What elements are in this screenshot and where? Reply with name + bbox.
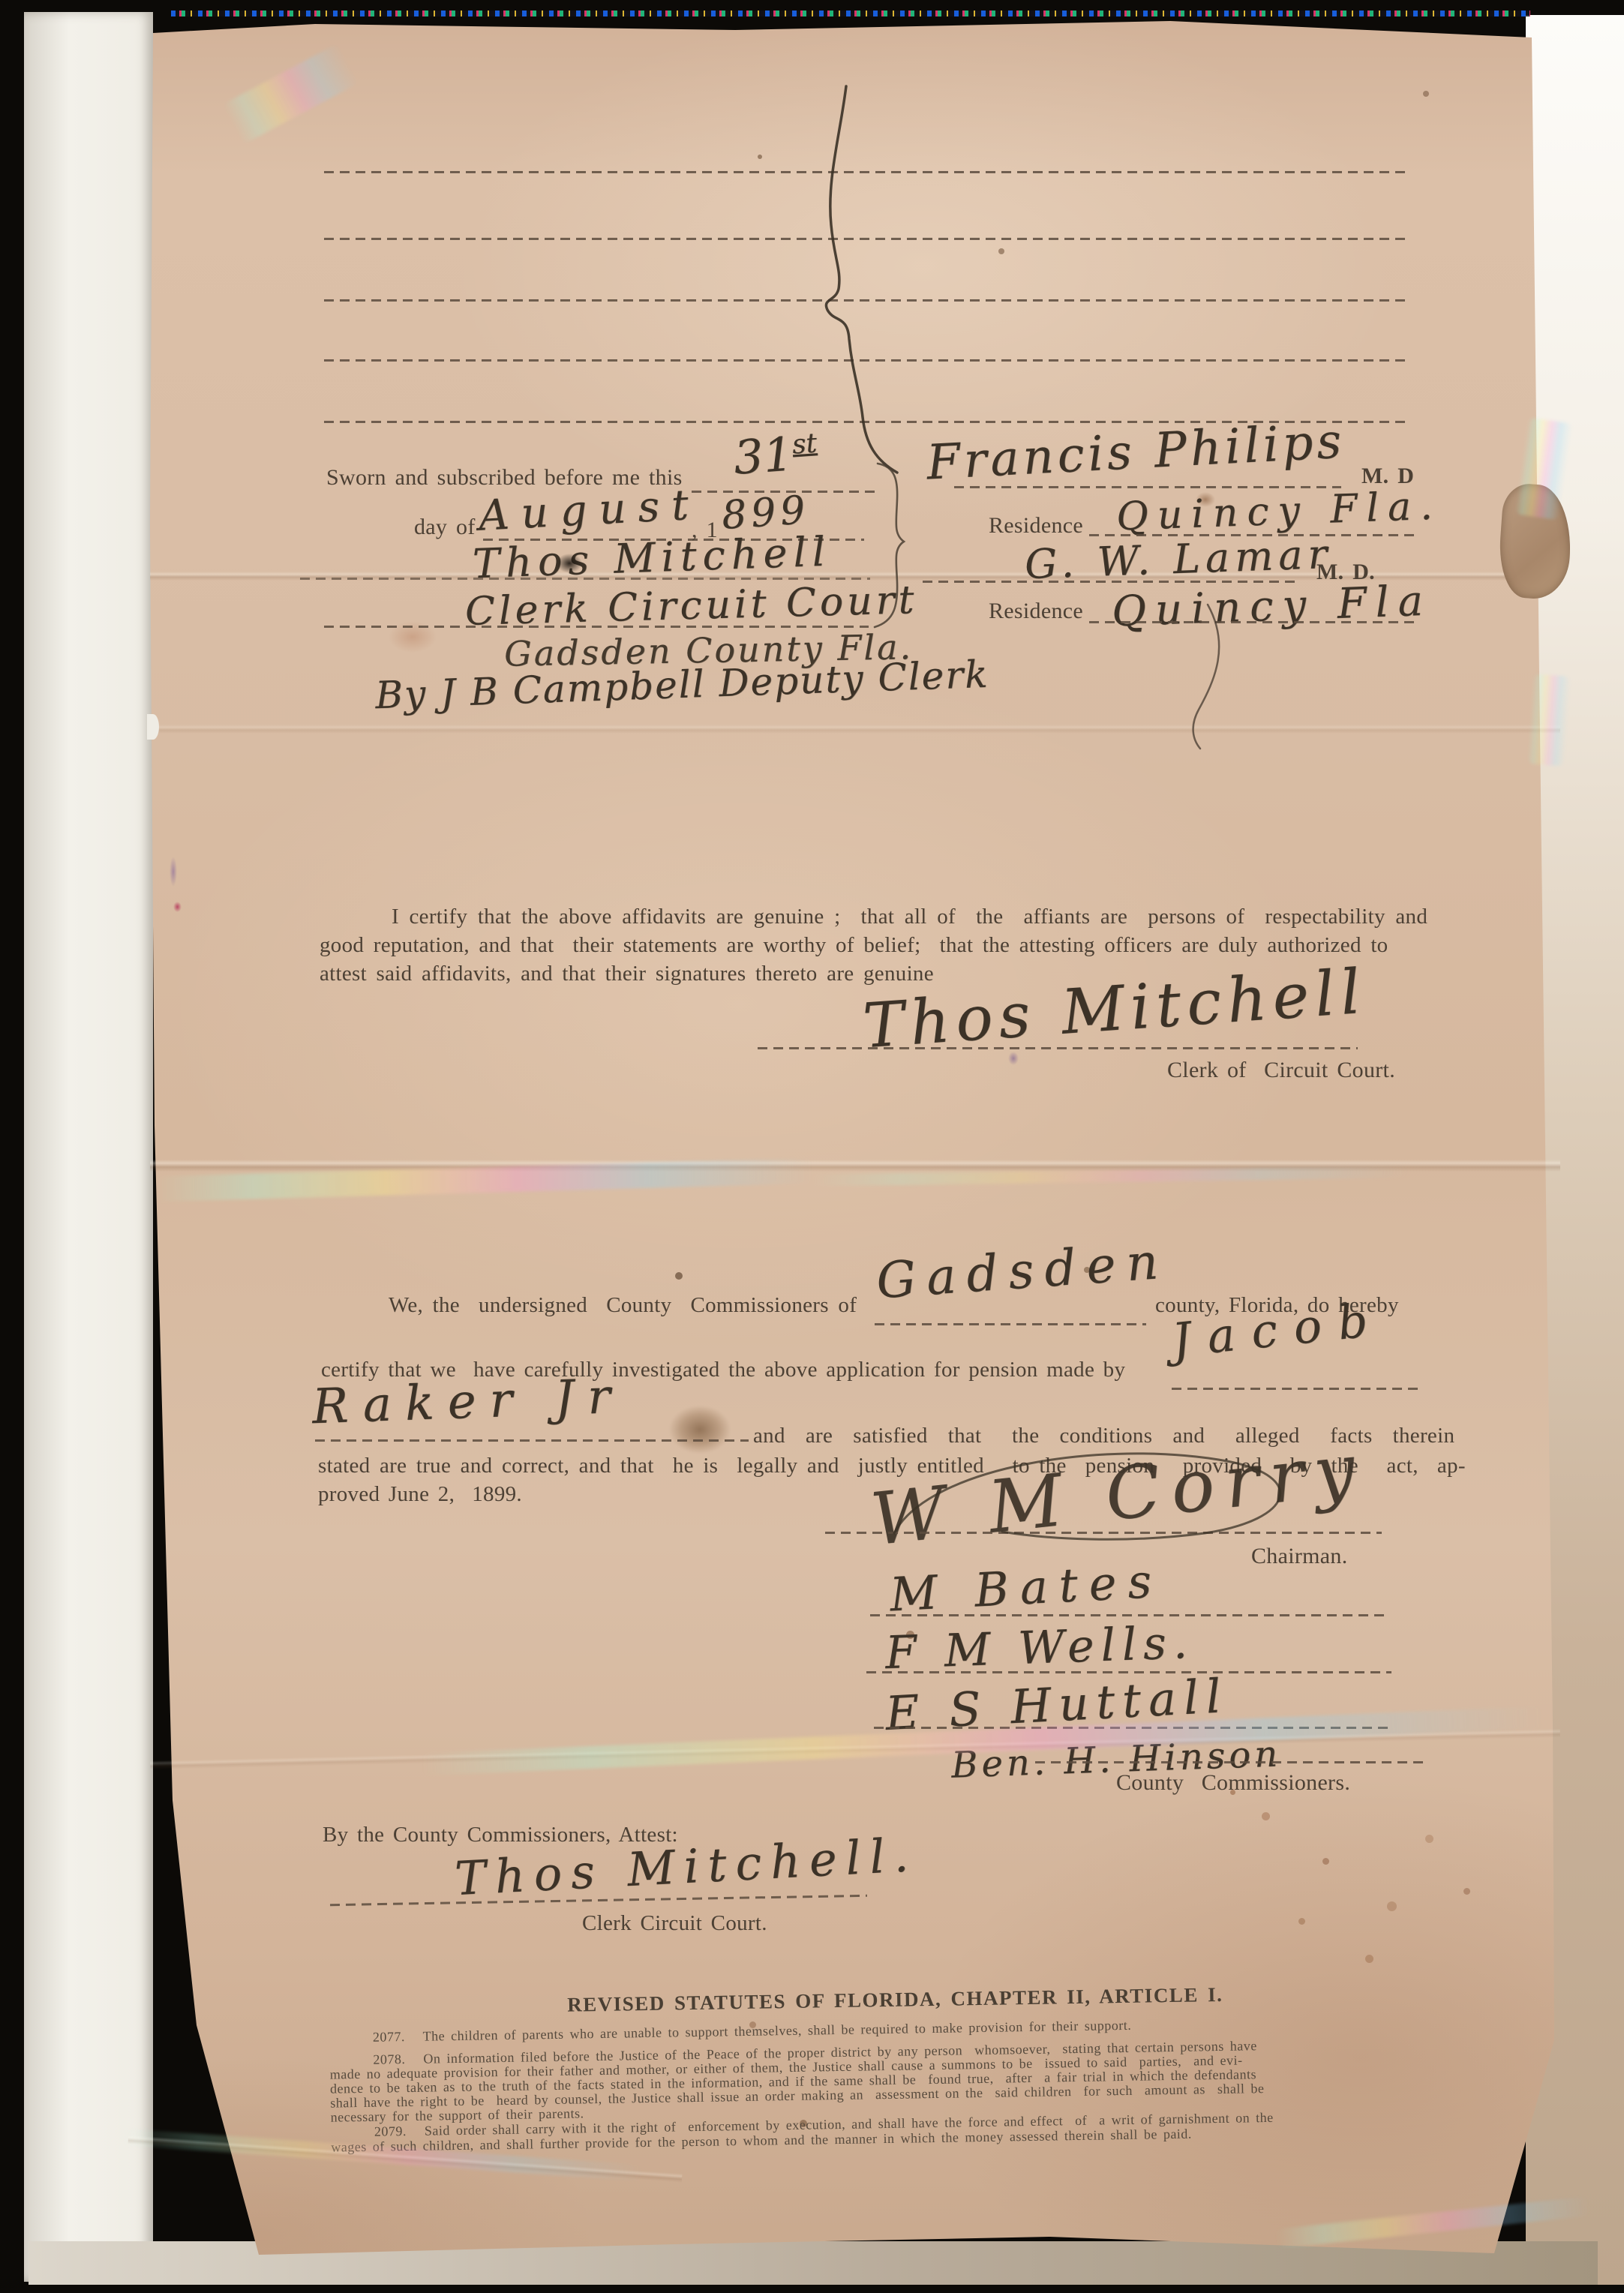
certification-line1: I certify that the above affidavits are … — [392, 905, 1427, 929]
blank-dashed-line — [324, 171, 1409, 173]
purple-speck — [1008, 1052, 1019, 1065]
clerk-signature-line — [758, 1047, 1358, 1049]
commissioners-group-label: County Commissioners. — [1116, 1770, 1350, 1796]
blank-dashed-line — [324, 299, 1409, 302]
commissioners-line5: proved June 2, 1899. — [318, 1482, 522, 1507]
red-mark — [173, 902, 182, 912]
ink-blot — [557, 554, 582, 573]
statute-line: 2077. The children of parents who are un… — [373, 2018, 1132, 2045]
blank-dashed-line — [324, 359, 1409, 362]
scan-noise-strip — [171, 11, 1530, 17]
glare-streak — [1527, 674, 1571, 766]
purple-smudge — [170, 857, 177, 887]
speck-cluster — [758, 155, 762, 159]
commissioner-line-4 — [1035, 1761, 1425, 1763]
chairman-line — [825, 1532, 1382, 1534]
county-line — [875, 1323, 1146, 1325]
applicant-surname: Raker Jr — [311, 1369, 625, 1435]
certification-line2: good reputation, and that their statemen… — [320, 933, 1388, 958]
commissioners-line1-prefix: We, the undersigned County Commissioners… — [389, 1293, 857, 1318]
edge-tear-notch — [147, 714, 159, 740]
commissioner-signature-2: F M Wells. — [884, 1616, 1195, 1679]
attest-title: Clerk Circuit Court. — [582, 1911, 767, 1936]
physician2-residence-line — [1089, 621, 1419, 623]
commissioner-line-1 — [870, 1614, 1388, 1616]
title-line — [324, 626, 869, 628]
clerk-title: Clerk of Circuit Court. — [1167, 1058, 1395, 1083]
physician1-residence-label: Residence — [989, 513, 1083, 539]
day-suffix: st — [791, 428, 818, 461]
blank-dashed-line — [324, 238, 1409, 240]
paper-sheet — [147, 20, 1557, 2258]
ink-stain — [669, 1406, 731, 1454]
signature-line — [300, 578, 870, 580]
physician2-residence-label: Residence — [989, 599, 1083, 624]
physician1-line — [954, 486, 1341, 488]
handwritten-day: 31st — [732, 425, 820, 485]
backing-sheet-left — [24, 12, 153, 2282]
chairman-label: Chairman. — [1251, 1544, 1348, 1569]
day-of-label: day of — [414, 515, 476, 540]
statutes-block: REVISED STATUTES OF FLORIDA, CHAPTER II,… — [314, 1979, 1486, 2169]
certification-line3: attest said affidavits, and that their s… — [320, 962, 934, 986]
fold-crease — [150, 725, 1560, 734]
applicant-line1 — [1172, 1388, 1418, 1390]
scanned-document-page: Sworn and subscribed before me this 31st… — [0, 0, 1624, 2293]
day-number: 31 — [732, 426, 795, 485]
applicant-line2 — [315, 1439, 749, 1442]
